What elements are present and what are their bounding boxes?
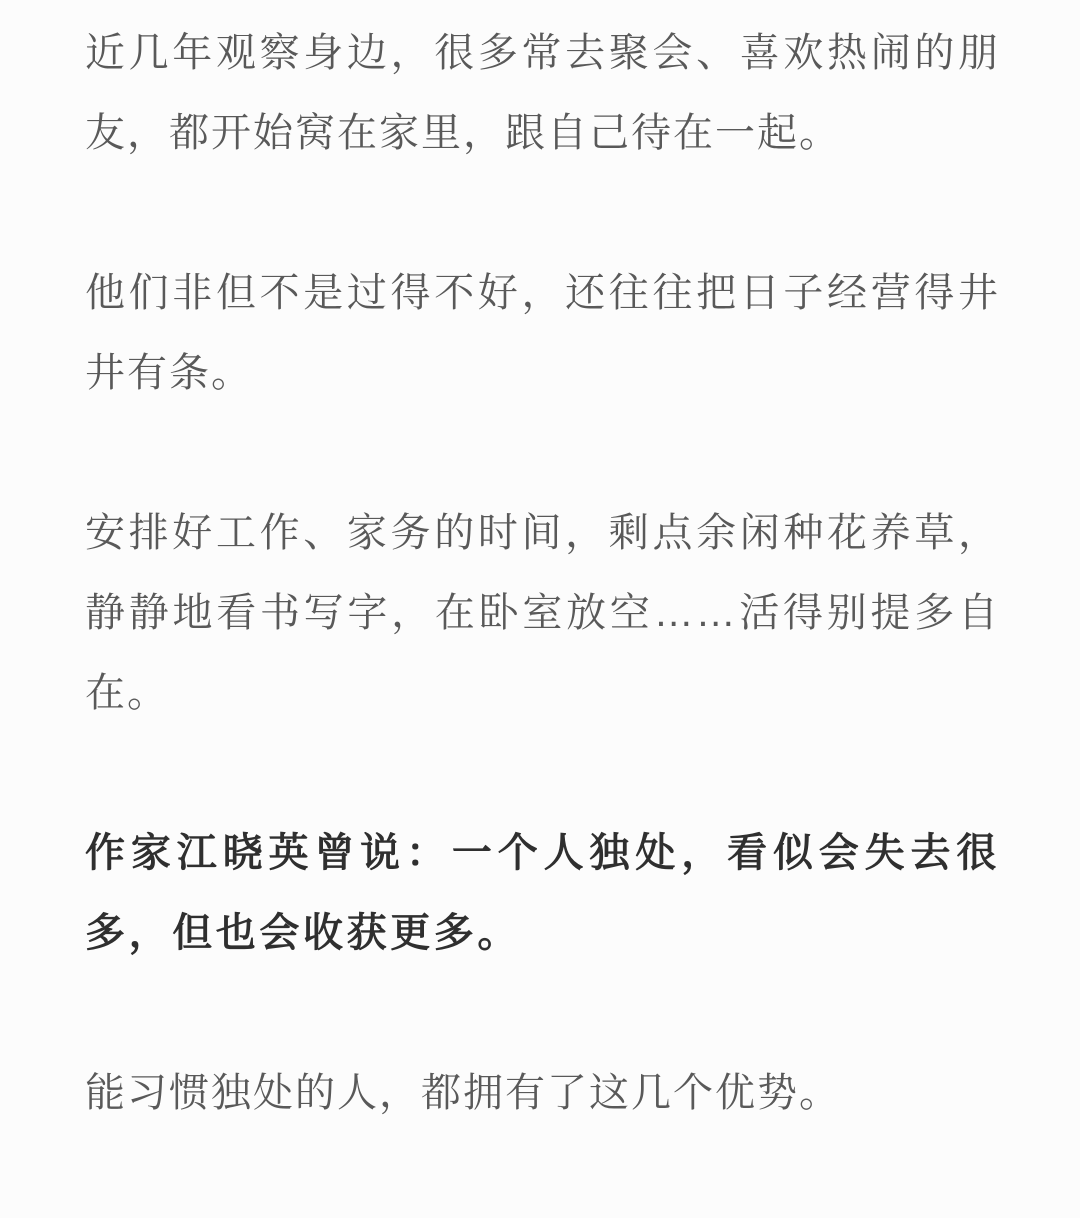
paragraph-3: 安排好工作、家务的时间，剩点余闲种花养草，静静地看书写字，在卧室放空……活得别提… — [85, 493, 1000, 733]
quote-paragraph-bold: 作家江晓英曾说：一个人独处，看似会失去很多，但也会收获更多。 — [85, 813, 1000, 973]
paragraph-2: 他们非但不是过得不好，还往往把日子经营得井井有条。 — [85, 253, 1000, 413]
paragraph-5: 能习惯独处的人，都拥有了这几个优势。 — [85, 1053, 1000, 1133]
paragraph-1: 近几年观察身边，很多常去聚会、喜欢热闹的朋友，都开始窝在家里，跟自己待在一起。 — [85, 13, 1000, 173]
article-page: 近几年观察身边，很多常去聚会、喜欢热闹的朋友，都开始窝在家里，跟自己待在一起。 … — [0, 0, 1080, 1218]
